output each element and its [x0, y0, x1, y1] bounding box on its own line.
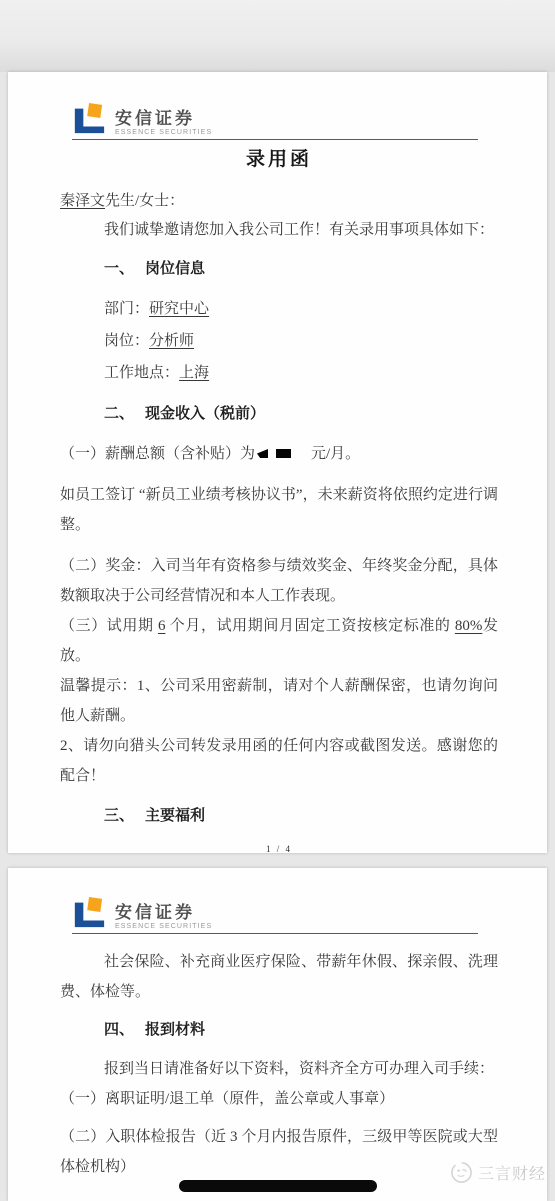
salary-suffix: 元/月。 — [311, 446, 360, 462]
document-title: 录用函 — [60, 147, 498, 173]
redaction-mark-1 — [257, 449, 268, 458]
benefits-paragraph: 社会保险、补充商业医疗保险、带薪年休假、探亲假、洗理费、体检等。 — [60, 947, 498, 1007]
letterhead-page2: 安信证券 ESSENCE SECURITIES — [72, 896, 478, 934]
field-department-label: 部门： — [104, 301, 149, 317]
field-location-label: 工作地点： — [104, 365, 179, 381]
probation-line: （三）试用期 6 个月，试用期间月固定工资按核定标准的 80%发放。 — [60, 611, 498, 671]
page-number: 1 / 4 — [60, 844, 498, 853]
material-item-2: （二）入职体检报告（近 3 个月内报告原件，三级甲等医院或大型体检机构） — [60, 1122, 498, 1182]
brand-text: 安信证券 ESSENCE SECURITIES — [115, 904, 212, 930]
logo-row: 安信证券 ESSENCE SECURITIES — [72, 896, 478, 930]
field-position-value: 分析师 — [149, 333, 194, 349]
gray-top-strip — [0, 0, 555, 72]
adjust-paragraph: 如员工签订 “新员工业绩考核协议书”，未来薪资将依照约定进行调整。 — [60, 480, 498, 540]
section-2-number: 二、 — [104, 405, 134, 422]
field-position: 岗位：分析师 — [104, 325, 498, 357]
watermark-text: 三言财经 — [478, 1161, 546, 1184]
probation-middle: 个月，试用期间月固定工资按核定标准的 — [165, 618, 454, 634]
logo-row: 安信证券 ESSENCE SECURITIES — [72, 102, 478, 136]
field-location-value: 上海 — [179, 365, 209, 381]
brand-text: 安信证券 ESSENCE SECURITIES — [115, 110, 212, 136]
section-1-number: 一、 — [104, 260, 134, 277]
essence-securities-logo-icon — [72, 896, 106, 930]
section-1-heading: 一、岗位信息 — [104, 260, 498, 277]
tips-paragraph-1: 温馨提示：1、公司采用密薪制，请对个人薪酬保密，也请勿询问他人薪酬。 — [60, 671, 498, 731]
section-2-title: 现金收入（税前） — [145, 405, 265, 422]
recipient-name: 秦泽文 — [60, 193, 105, 209]
section-4-heading: 四、报到材料 — [104, 1021, 498, 1038]
field-department: 部门：研究中心 — [104, 293, 498, 325]
section-1-title: 岗位信息 — [145, 260, 205, 277]
probation-percent: 80% — [455, 618, 483, 634]
material-item-1: （一）离职证明/退工单（原件，盖公章或人事章） — [60, 1084, 498, 1114]
field-position-label: 岗位： — [104, 333, 149, 349]
materials-intro: 报到当日请准备好以下资料，资料齐全方可办理入司手续： — [60, 1054, 498, 1084]
document-page-2: 安信证券 ESSENCE SECURITIES 社会保险、补充商业医疗保险、带薪… — [8, 868, 547, 1201]
sanyan-caijing-logo-icon — [450, 1161, 473, 1184]
section-2-heading: 二、现金收入（税前） — [104, 405, 498, 422]
essence-securities-logo-icon — [72, 102, 106, 136]
brand-name-cn: 安信证券 — [115, 904, 212, 921]
salary-line: （一）薪酬总额（含补贴）为元/月。 — [60, 444, 498, 464]
redaction-mark-2 — [276, 449, 291, 458]
section-3-title: 主要福利 — [145, 807, 205, 824]
tips-paragraph-2: 2、请勿向猎头公司转发录用函的任何内容或截图发送。感谢您的配合！ — [60, 731, 498, 791]
bonus-paragraph: （二）奖金：入司当年有资格参与绩效奖金、年终奖金分配，具体数额取决于公司经营情况… — [60, 551, 498, 611]
intro-paragraph: 我们诚挚邀请您加入我公司工作！有关录用事项具体如下： — [60, 215, 498, 245]
field-department-value: 研究中心 — [149, 301, 209, 317]
redaction-bar — [179, 1180, 377, 1192]
letterhead: 安信证券 ESSENCE SECURITIES — [72, 102, 478, 140]
brand-name-en: ESSENCE SECURITIES — [115, 923, 212, 930]
watermark: 三言财经 — [450, 1161, 546, 1184]
field-location: 工作地点：上海 — [104, 357, 498, 389]
brand-name-en: ESSENCE SECURITIES — [115, 129, 212, 136]
section-4-number: 四、 — [104, 1021, 134, 1038]
brand-name-cn: 安信证券 — [115, 110, 212, 127]
section-3-number: 三、 — [104, 807, 134, 824]
probation-prefix: （三）试用期 — [60, 618, 158, 634]
section-3-heading: 三、主要福利 — [104, 807, 498, 824]
salary-prefix: （一）薪酬总额（含补贴）为 — [60, 446, 255, 462]
document-page-1: 安信证券 ESSENCE SECURITIES 录用函 秦泽文先生/女士： 我们… — [8, 72, 547, 853]
greeting-line: 秦泽文先生/女士： — [60, 190, 498, 212]
greeting-suffix: 先生/女士： — [105, 193, 184, 209]
section-4-title: 报到材料 — [145, 1021, 205, 1038]
position-fields: 部门：研究中心 岗位：分析师 工作地点：上海 — [104, 293, 498, 389]
